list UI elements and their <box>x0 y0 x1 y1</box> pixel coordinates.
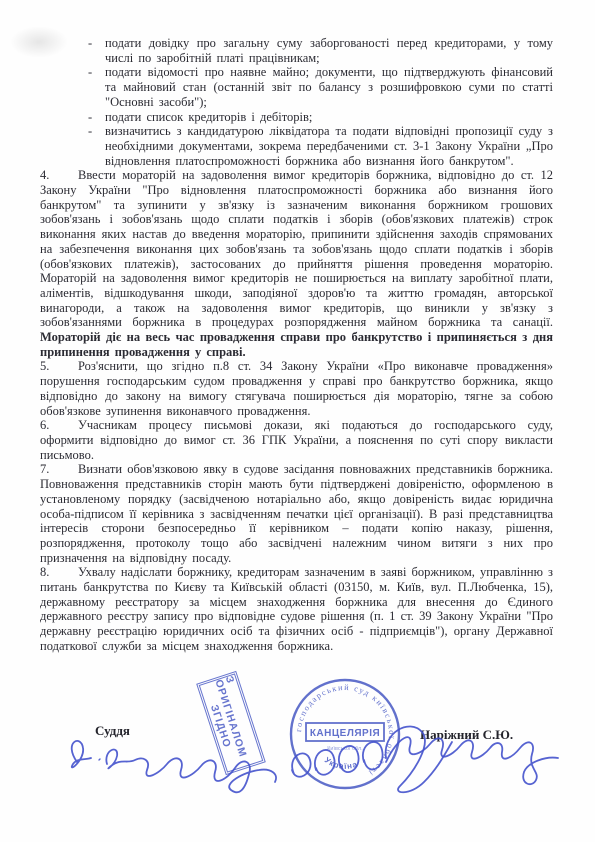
svg-text:Україна: Україна <box>323 755 359 770</box>
paragraph-number: 5. <box>40 359 78 374</box>
bullet-dash: - <box>88 124 92 139</box>
list-item: - подати відомості про наявне майно; док… <box>40 65 553 109</box>
paragraph-number: 7. <box>40 462 78 477</box>
copy-certification-stamp: З ОРИГІНАЛОМ ЗГІДНО <box>196 671 266 775</box>
paragraph-5: 5.Роз'яснити, що згідно п.8 ст. 34 Закон… <box>40 359 553 418</box>
paragraph-text: Визнати обов'язковою явку в судове засід… <box>40 462 553 564</box>
list-item: - подати довідку про загальну суму забор… <box>40 36 553 65</box>
paragraph-text: Ухвалу надіслати боржнику, кредиторам за… <box>40 565 553 653</box>
bullet-dash: - <box>88 110 92 125</box>
bullet-dash: - <box>88 36 92 51</box>
list-item: - подати список кредиторів і дебіторів; <box>40 110 553 125</box>
paragraph-number: 4. <box>40 168 78 183</box>
paragraph-bold-text: Мораторій діє на весь час провадження сп… <box>40 330 553 359</box>
paragraph-text: Роз'яснити, що згідно п.8 ст. 34 Закону … <box>40 359 553 417</box>
court-round-stamp: господарський суд київської області КАНЦ… <box>287 676 403 792</box>
document-page: - подати довідку про загальну суму забор… <box>0 0 595 842</box>
paragraph-text: Ввести мораторій на задоволення вимог кр… <box>40 168 553 329</box>
stamp-bottom-text: Україна <box>323 755 359 770</box>
list-item-text: подати список кредиторів і дебіторів; <box>105 110 312 124</box>
paragraph-4: 4.Ввести мораторій на задоволення вимог … <box>40 168 553 359</box>
list-item-text: подати відомості про наявне майно; докум… <box>105 65 553 108</box>
obligations-list: - подати довідку про загальну суму забор… <box>40 36 553 168</box>
paragraph-number: 8. <box>40 565 78 580</box>
ruling-text: - подати довідку про загальну суму забор… <box>40 36 553 654</box>
paragraph-number: 6. <box>40 418 78 433</box>
list-item-text: подати довідку про загальну суму заборго… <box>105 36 553 65</box>
list-item: - визначитись з кандидатурою ліквідатора… <box>40 124 553 168</box>
list-item-text: визначитись з кандидатурою ліквідатора т… <box>105 124 553 167</box>
stamp-center-text: КАНЦЕЛЯРІЯ <box>310 728 380 739</box>
bullet-dash: - <box>88 65 92 80</box>
paragraph-text: Учасникам процесу письмові докази, які п… <box>40 418 553 461</box>
judge-name: Наріжний С.Ю. <box>420 727 513 743</box>
judge-name-signature <box>378 712 568 787</box>
paragraph-6: 6.Учасникам процесу письмові докази, які… <box>40 418 553 462</box>
paragraph-8: 8.Ухвалу надіслати боржнику, кредиторам … <box>40 565 553 653</box>
stamp-sub-text: Київської обл. <box>327 746 363 752</box>
paragraph-7: 7.Визнати обов'язковою явку в судове зас… <box>40 462 553 565</box>
judge-label: Суддя <box>95 723 130 739</box>
